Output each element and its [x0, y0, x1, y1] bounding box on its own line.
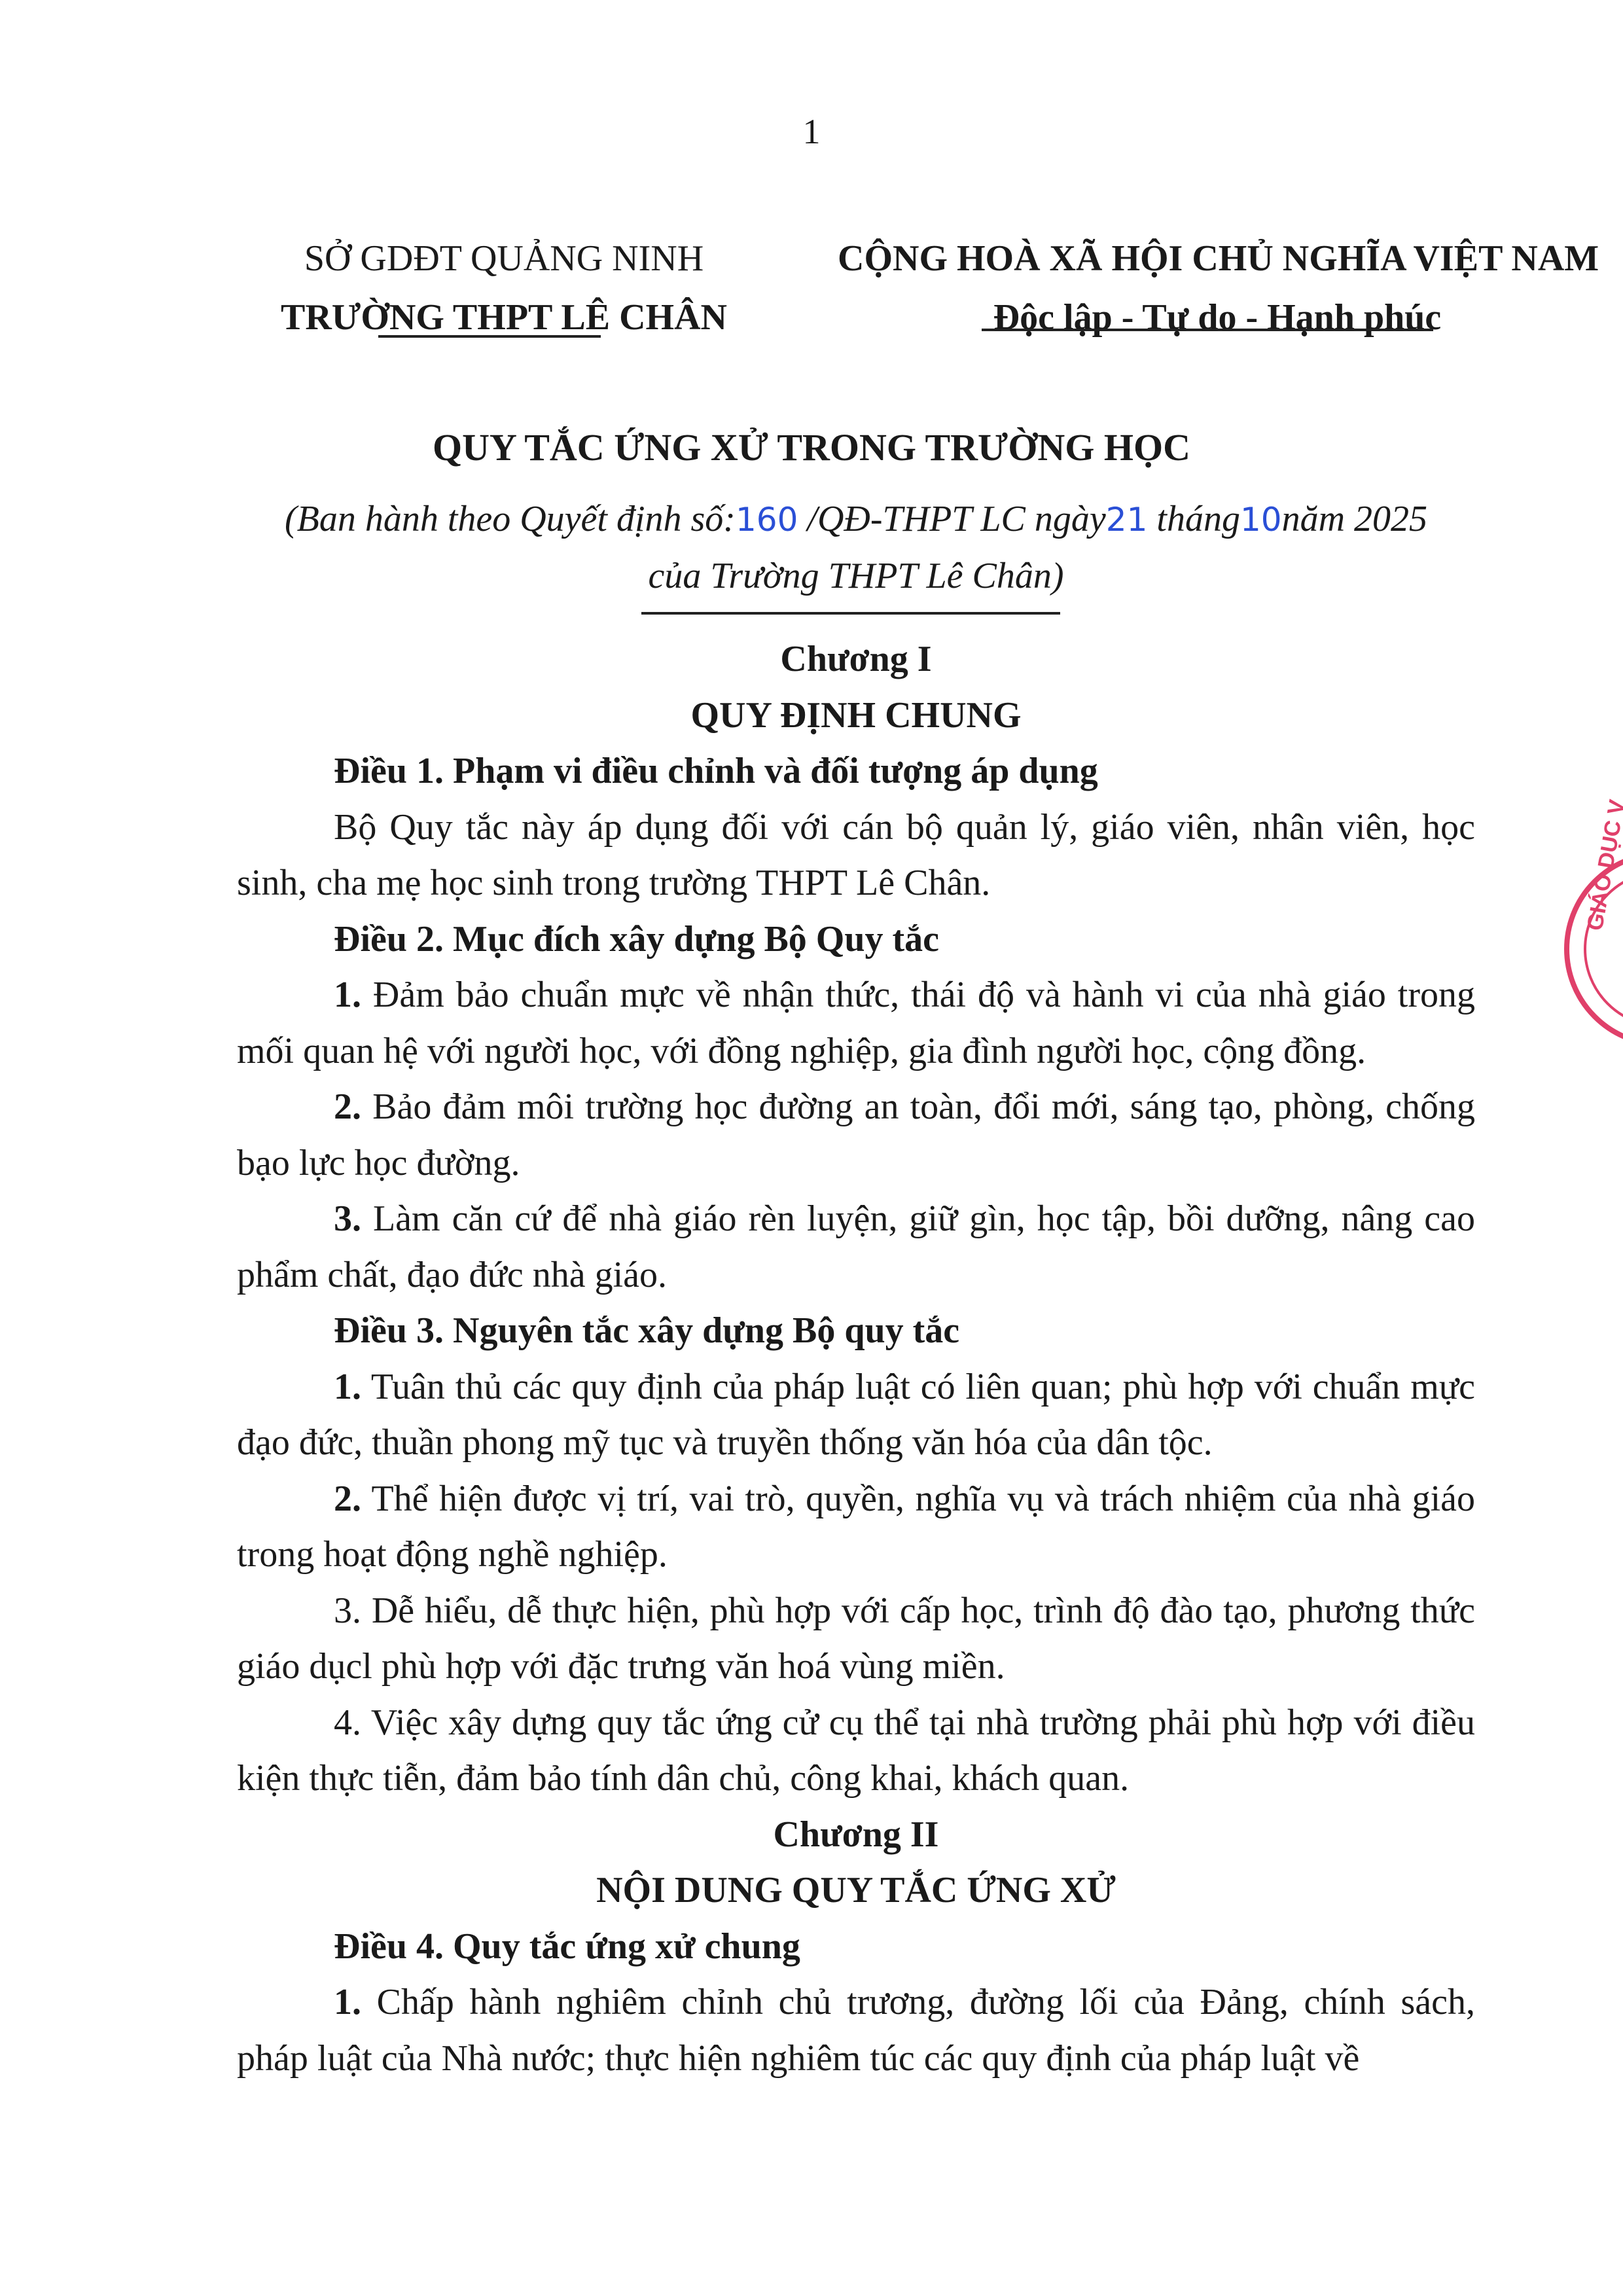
subtitle-line-2: của Trường THPT Lê Chân): [237, 548, 1475, 604]
paragraph-text: Tuân thủ các quy định của pháp luật có l…: [237, 1367, 1475, 1463]
page-number: 1: [0, 111, 1623, 152]
subtitle-line-1: (Ban hành theo Quyết định số:160 /QĐ-THP…: [237, 491, 1475, 548]
article-paragraph: 2. Bảo đảm môi trường học đường an toàn,…: [237, 1079, 1475, 1191]
paragraph-number: 2.: [334, 1086, 361, 1127]
chapter-label: Chương II: [237, 1807, 1475, 1863]
article-paragraph: 3. Dễ hiểu, dễ thực hiện, phù hợp với cấ…: [237, 1583, 1475, 1695]
handwritten-day: 21: [1106, 501, 1148, 539]
paragraph-text: Thể hiện được vị trí, vai trò, quyền, ng…: [237, 1479, 1475, 1575]
paragraph-text: Làm căn cứ để nhà giáo rèn luyện, giữ gì…: [237, 1198, 1475, 1295]
subtitle-text: năm 2025: [1282, 499, 1427, 539]
article-paragraph: 1. Đảm bảo chuẩn mực về nhận thức, thái …: [237, 967, 1475, 1079]
chapter-name: NỘI DUNG QUY TẮC ỨNG XỬ: [237, 1863, 1475, 1919]
document-body: Chương IQUY ĐỊNH CHUNGĐiều 1. Phạm vi đi…: [237, 632, 1475, 2087]
paragraph-number: 1.: [334, 1367, 361, 1407]
header-left: SỞ GDĐT QUẢNG NINH TRƯỜNG THPT LÊ CHÂN: [275, 229, 733, 347]
motto-underline: [982, 329, 1433, 331]
paragraph-number: 2.: [334, 1479, 361, 1519]
article-heading: Điều 1. Phạm vi điều chỉnh và đối tượng …: [237, 744, 1475, 800]
article-heading: Điều 4. Quy tắc ứng xử chung: [237, 1919, 1475, 1975]
motto: Độc lập - Tự do - Hạnh phúc: [838, 288, 1597, 347]
paragraph-text: 4. Việc xây dựng quy tắc ứng cử cụ thể t…: [237, 1702, 1475, 1799]
article-paragraph: 3. Làm căn cứ để nhà giáo rèn luyện, giữ…: [237, 1191, 1475, 1303]
paragraph-text: Bộ Quy tắc này áp dụng đối với cán bộ qu…: [237, 807, 1475, 904]
article-paragraph: 4. Việc xây dựng quy tắc ứng cử cụ thể t…: [237, 1695, 1475, 1807]
article-paragraph: 2. Thể hiện được vị trí, vai trò, quyền,…: [237, 1471, 1475, 1583]
paragraph-number: 1.: [334, 1982, 361, 2022]
official-seal-stamp: GIÁO DỤC V: [1564, 851, 1623, 1047]
article-paragraph: 1. Tuân thủ các quy định của pháp luật c…: [237, 1359, 1475, 1471]
article-paragraph: Bộ Quy tắc này áp dụng đối với cán bộ qu…: [237, 800, 1475, 912]
article-heading: Điều 2. Mục đích xây dựng Bộ Quy tắc: [237, 912, 1475, 968]
paragraph-number: 1.: [334, 975, 361, 1015]
document-subtitle: (Ban hành theo Quyết định số:160 /QĐ-THP…: [237, 491, 1475, 604]
subtitle-text: (Ban hành theo Quyết định số:: [285, 499, 736, 539]
subtitle-text: /QĐ-THPT LC ngày: [798, 499, 1105, 539]
document-title: QUY TẮC ỨNG XỬ TRONG TRƯỜNG HỌC: [0, 425, 1623, 469]
country-name: CỘNG HOÀ XÃ HỘI CHỦ NGHĨA VIỆT NAM: [838, 229, 1597, 288]
title-divider: [641, 612, 1060, 615]
paragraph-text: Chấp hành nghiêm chỉnh chủ trương, đường…: [237, 1982, 1475, 2079]
paragraph-text: Đảm bảo chuẩn mực về nhận thức, thái độ …: [237, 975, 1475, 1071]
paragraph-text: 3. Dễ hiểu, dễ thực hiện, phù hợp với cấ…: [237, 1590, 1475, 1687]
handwritten-month: 10: [1240, 501, 1282, 539]
school-name: TRƯỜNG THPT LÊ CHÂN: [275, 288, 733, 347]
paragraph-text: Bảo đảm môi trường học đường an toàn, đổ…: [237, 1086, 1475, 1183]
department-name: SỞ GDĐT QUẢNG NINH: [275, 229, 733, 288]
article-paragraph: 1. Chấp hành nghiêm chỉnh chủ trương, đư…: [237, 1975, 1475, 2087]
handwritten-decision-number: 160: [736, 501, 798, 539]
subtitle-text: tháng: [1147, 499, 1240, 539]
paragraph-number: 3.: [334, 1198, 361, 1239]
chapter-name: QUY ĐỊNH CHUNG: [237, 688, 1475, 744]
article-heading: Điều 3. Nguyên tắc xây dựng Bộ quy tắc: [237, 1303, 1475, 1359]
school-name-underline: [378, 335, 601, 338]
chapter-label: Chương I: [237, 632, 1475, 688]
